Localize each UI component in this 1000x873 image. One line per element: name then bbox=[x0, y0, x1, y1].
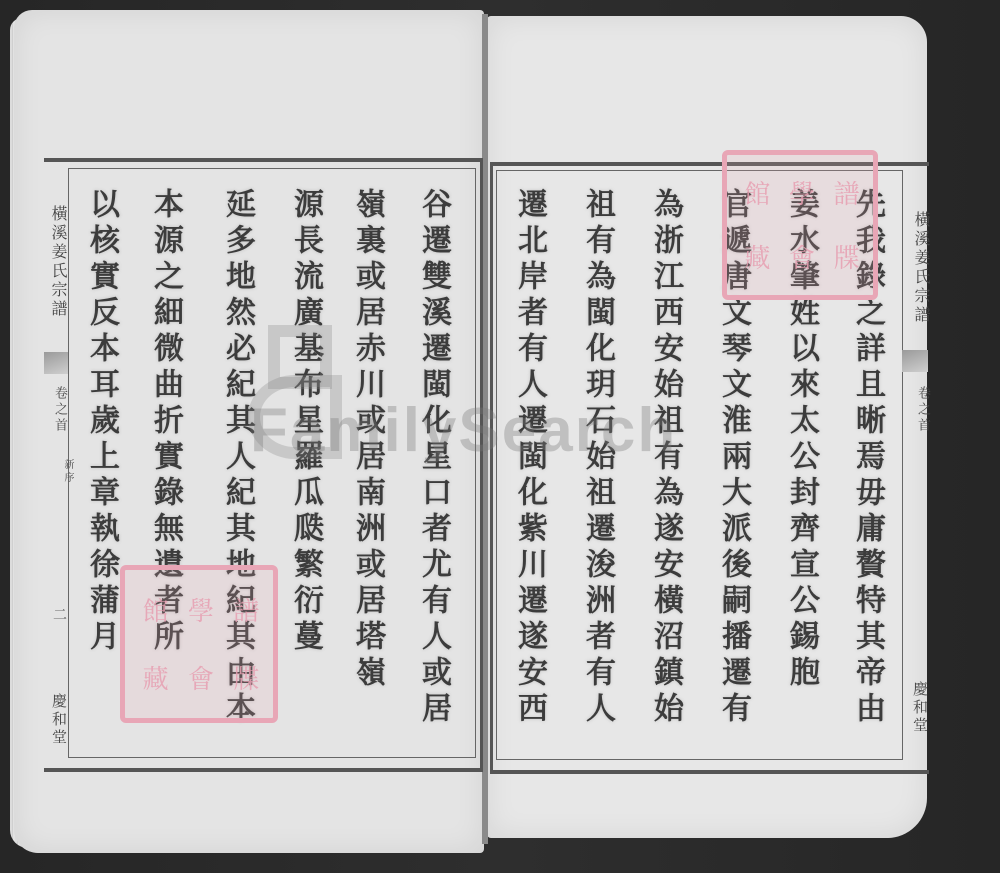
right-hall-name: 慶和堂 bbox=[903, 668, 927, 748]
left-fishtail-mark bbox=[44, 352, 68, 374]
familysearch-watermark: FamilySearch bbox=[250, 395, 677, 466]
red-collection-seal-left: 館學譜 藏會牒 bbox=[120, 565, 278, 723]
right-banxin-title: 橫溪姜氏宗譜 bbox=[905, 178, 929, 358]
left-text-column-6: 以核實反本耳歲上章執徐蒲月 bbox=[86, 188, 116, 656]
left-banxin-volume: 卷之首 bbox=[42, 380, 66, 440]
left-page-number: 二 bbox=[42, 600, 66, 630]
red-collection-seal-right: 館學譜 藏會牒 bbox=[722, 150, 878, 300]
left-banxin-section: 新序 bbox=[48, 452, 72, 492]
right-fishtail-mark bbox=[902, 350, 928, 372]
left-hall-name: 慶和堂 bbox=[42, 680, 66, 760]
left-banxin-title: 橫溪姜氏宗譜 bbox=[42, 172, 66, 352]
right-banxin-volume: 卷之首 bbox=[905, 380, 929, 440]
